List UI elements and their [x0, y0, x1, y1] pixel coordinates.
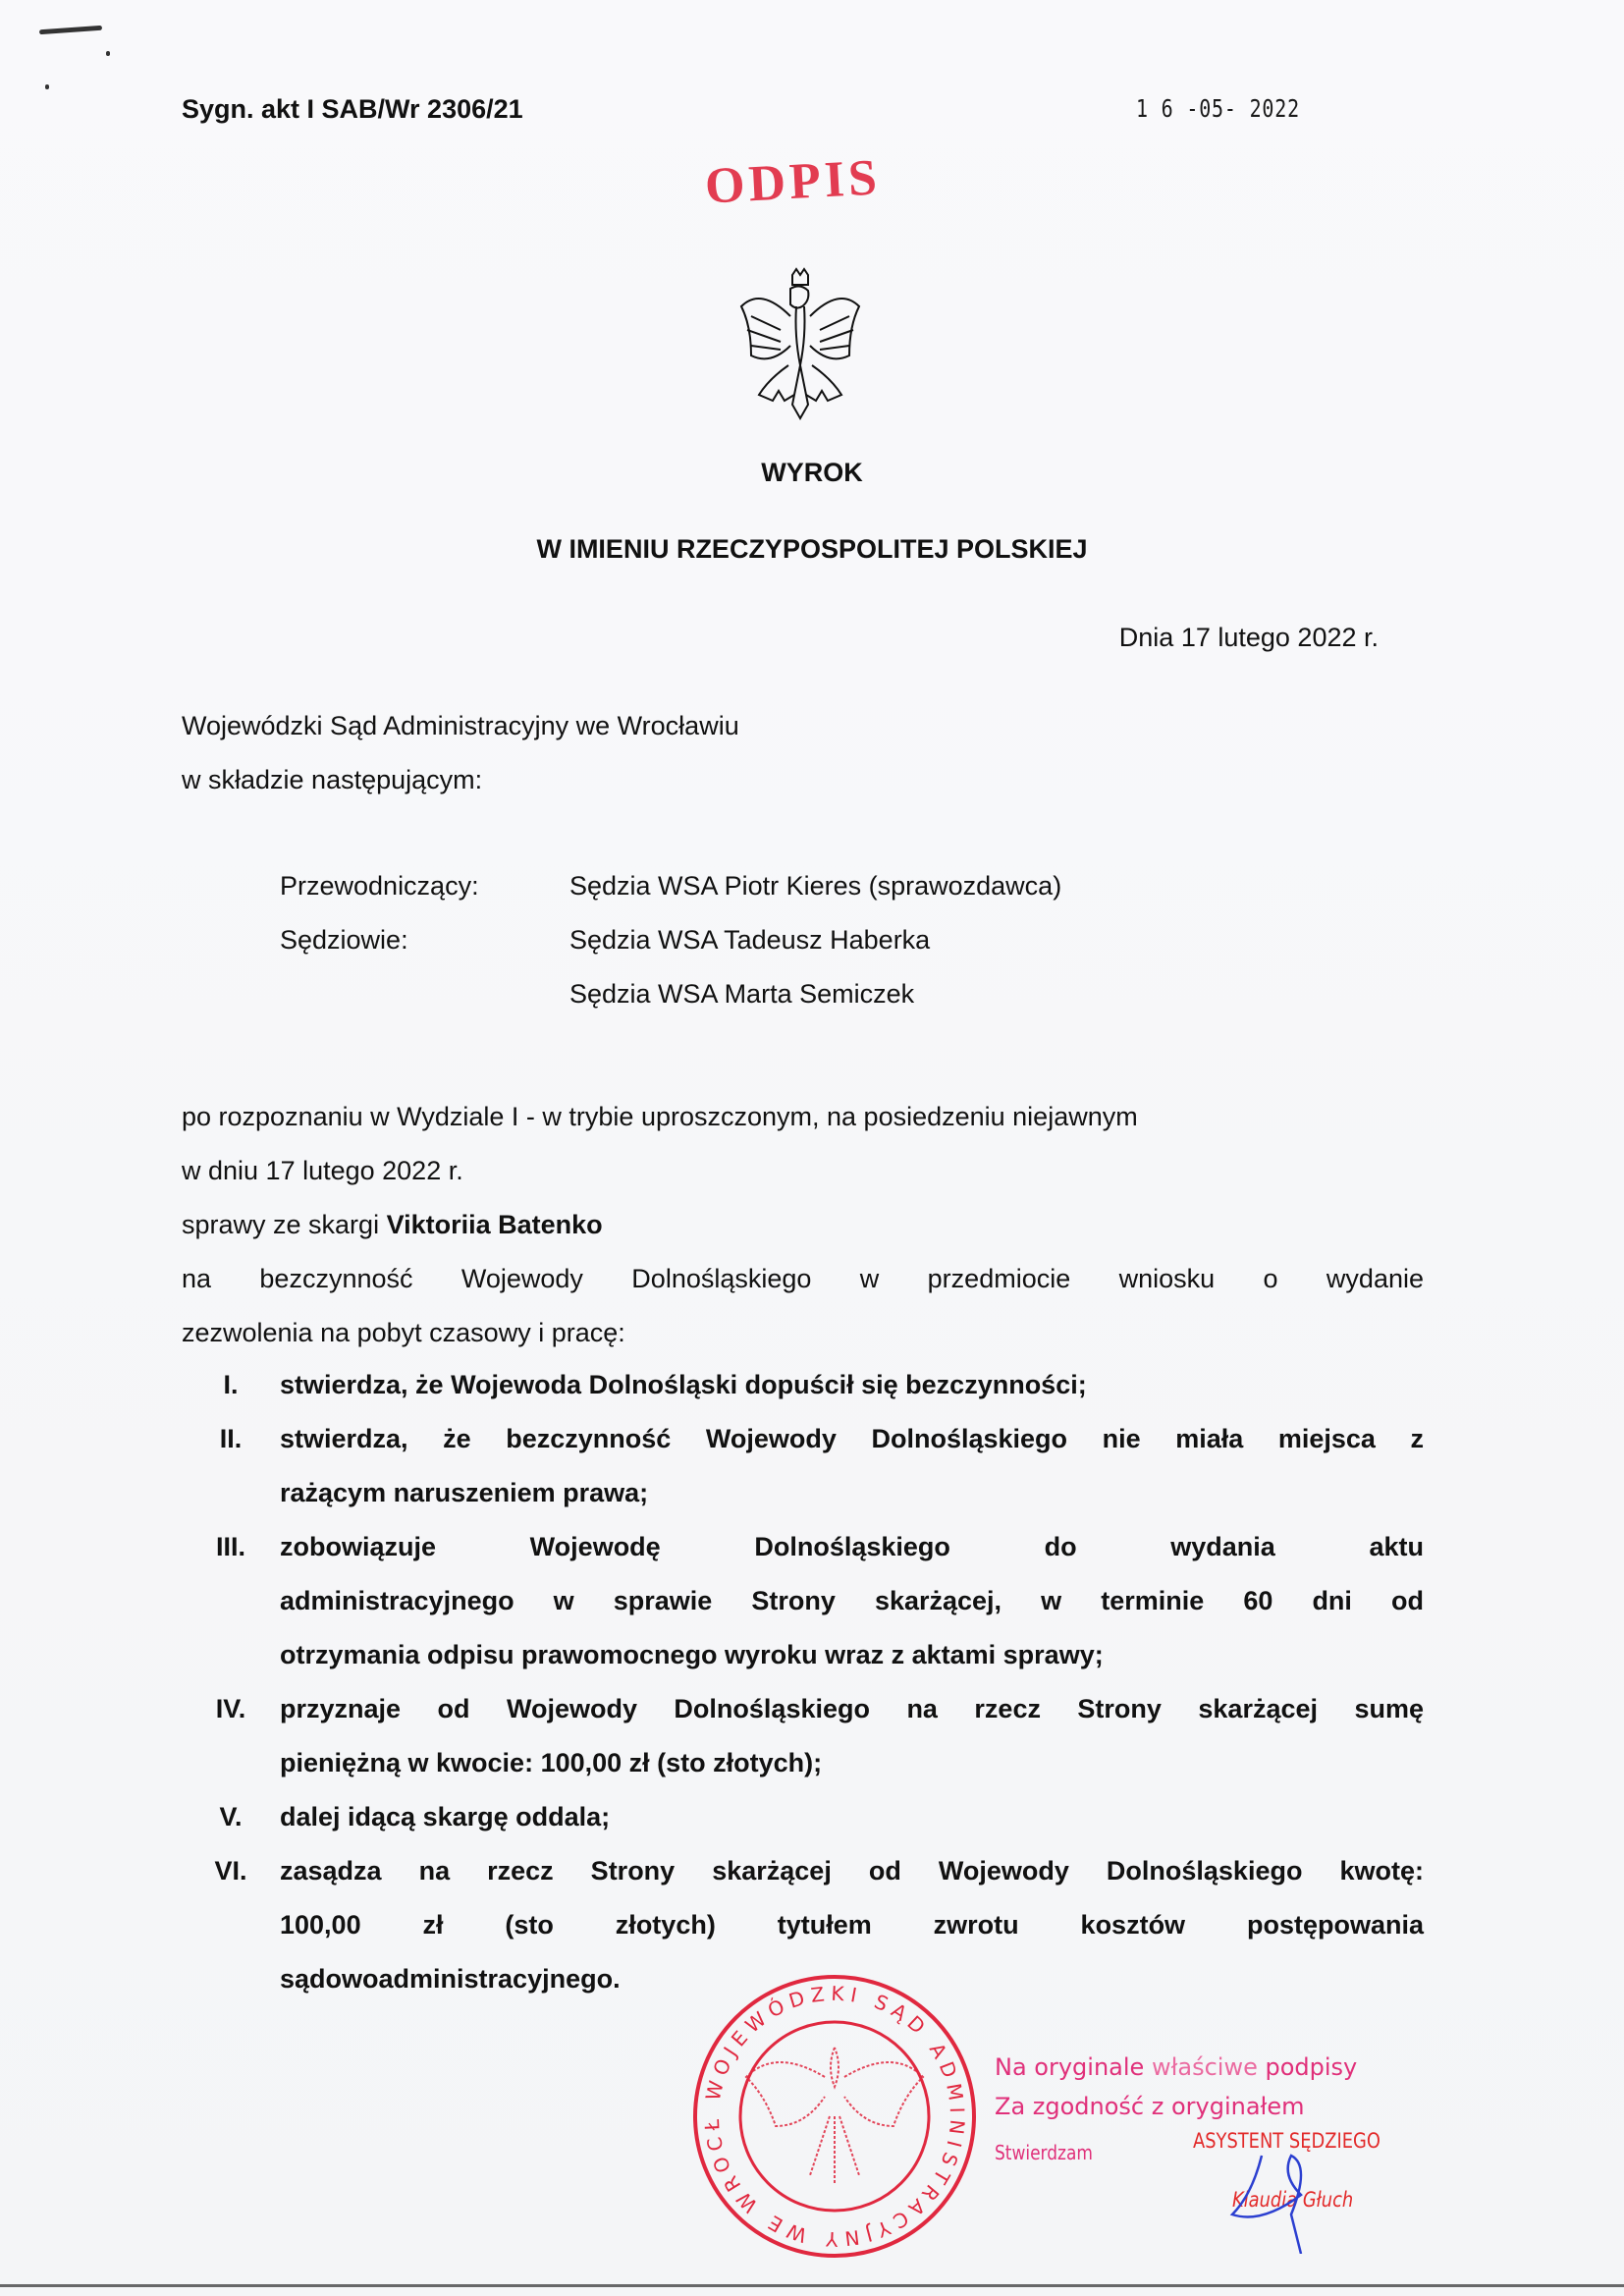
- complaint-prefix: sprawy ze skargi: [182, 1210, 387, 1239]
- ruling-number: II.: [182, 1412, 280, 1520]
- ruling-line: rażącym naruszeniem prawa;: [280, 1466, 1424, 1520]
- scan-speck: [45, 84, 49, 89]
- complaint-line: sprawy ze skargi Viktoriia Batenko: [182, 1198, 1424, 1252]
- cert-text: właściwe: [1152, 2053, 1258, 2081]
- ruling-number: V.: [182, 1790, 280, 1844]
- ruling-line: zobowiązuje Wojewodę Dolnośląskiego do w…: [280, 1520, 1424, 1574]
- proceedings-date: w dniu 17 lutego 2022 r.: [182, 1144, 1424, 1198]
- proceedings-block: po rozpoznaniu w Wydziale I - w trybie u…: [182, 1090, 1424, 1360]
- panel-row: Sędzia WSA Marta Semiczek: [280, 967, 1061, 1021]
- ruling-line: dalej idącą skargę oddala;: [280, 1790, 1424, 1844]
- ruling-number: I.: [182, 1358, 280, 1412]
- ruling-item: I.stwierdza, że Wojewoda Dolnośląski dop…: [182, 1358, 1424, 1412]
- ruling-item: III.zobowiązuje Wojewodę Dolnośląskiego …: [182, 1520, 1424, 1682]
- panel-role: Przewodniczący:: [280, 859, 569, 913]
- rulings-list: I.stwierdza, że Wojewoda Dolnośląski dop…: [182, 1358, 1424, 2006]
- judges-panel: Przewodniczący: Sędzia WSA Piotr Kieres …: [280, 859, 1061, 1021]
- ruling-item: V.dalej idącą skargę oddala;: [182, 1790, 1424, 1844]
- copy-stamp: ODPIS: [704, 148, 883, 215]
- ruling-line: administracyjnego w sprawie Strony skarż…: [280, 1574, 1424, 1628]
- complainant-name: Viktoriia Batenko: [387, 1210, 603, 1239]
- ruling-item: IV.przyznaje od Wojewody Dolnośląskiego …: [182, 1682, 1424, 1790]
- case-number: Sygn. akt I SAB/Wr 2306/21: [182, 94, 523, 125]
- polish-eagle-emblem-icon: [731, 267, 869, 424]
- subject-line: na bezczynność Wojewody Dolnośląskiego w…: [182, 1252, 1424, 1306]
- scan-edge: [0, 2284, 1624, 2287]
- document-page: Sygn. akt I SAB/Wr 2306/21 1 6 -05- 2022…: [0, 0, 1624, 2296]
- confirm-label: Stwierdzam: [995, 2141, 1093, 2164]
- panel-role: [280, 967, 569, 1021]
- judgment-date: Dnia 17 lutego 2022 r.: [1119, 623, 1379, 653]
- ruling-text: dalej idącą skargę oddala;: [280, 1790, 1424, 1844]
- judgment-title: WYROK: [0, 458, 1624, 488]
- scan-speck: [106, 51, 110, 56]
- cert-text: podpisy: [1258, 2053, 1357, 2081]
- ruling-text: stwierdza, że Wojewoda Dolnośląski dopuś…: [280, 1358, 1424, 1412]
- panel-row: Przewodniczący: Sędzia WSA Piotr Kieres …: [280, 859, 1061, 913]
- republic-heading: W IMIENIU RZECZYPOSPOLITEJ POLSKIEJ: [0, 534, 1624, 565]
- ruling-item: II.stwierdza, że bezczynność Wojewody Do…: [182, 1412, 1424, 1520]
- ruling-line: stwierdza, że Wojewoda Dolnośląski dopuś…: [280, 1358, 1424, 1412]
- ruling-line: pieniężną w kwocie: 100,00 zł (sto złoty…: [280, 1736, 1424, 1790]
- ruling-line: przyznaje od Wojewody Dolnośląskiego na …: [280, 1682, 1424, 1736]
- ruling-line: 100,00 zł (sto złotych) tytułem zwrotu k…: [280, 1898, 1424, 1952]
- ruling-text: stwierdza, że bezczynność Wojewody Dolno…: [280, 1412, 1424, 1520]
- certification-stamp: Na oryginale właściwe podpisy Za zgodnoś…: [995, 2048, 1357, 2126]
- received-date-stamp: 1 6 -05- 2022: [1136, 94, 1300, 123]
- ruling-line: otrzymania odpisu prawomocnego wyroku wr…: [280, 1628, 1424, 1682]
- panel-role: Sędziowie:: [280, 913, 569, 967]
- ruling-text: zobowiązuje Wojewodę Dolnośląskiego do w…: [280, 1520, 1424, 1682]
- proceedings-line: po rozpoznaniu w Wydziale I - w trybie u…: [182, 1090, 1424, 1144]
- ruling-number: IV.: [182, 1682, 280, 1790]
- ruling-number: VI.: [182, 1844, 280, 2006]
- ruling-line: stwierdza, że bezczynność Wojewody Dolno…: [280, 1412, 1424, 1466]
- subject-line: zezwolenia na pobyt czasowy i pracę:: [182, 1306, 1424, 1360]
- panel-judge: Sędzia WSA Tadeusz Haberka: [569, 913, 930, 967]
- panel-judge: Sędzia WSA Piotr Kieres (sprawozdawca): [569, 859, 1061, 913]
- cert-text: Na oryginale: [995, 2053, 1152, 2081]
- court-block: Wojewódzki Sąd Administracyjny we Wrocła…: [182, 699, 739, 807]
- panel-row: Sędziowie: Sędzia WSA Tadeusz Haberka: [280, 913, 1061, 967]
- panel-judge: Sędzia WSA Marta Semiczek: [569, 967, 914, 1021]
- signature-icon: [1222, 2136, 1340, 2254]
- court-name: Wojewódzki Sąd Administracyjny we Wrocła…: [182, 699, 739, 753]
- ruling-text: przyznaje od Wojewody Dolnośląskiego na …: [280, 1682, 1424, 1790]
- certification-line1: Na oryginale właściwe podpisy: [995, 2048, 1357, 2087]
- composition-intro: w składzie następującym:: [182, 753, 739, 807]
- ruling-line: zasądza na rzecz Strony skarżącej od Woj…: [280, 1844, 1424, 1898]
- staple-mark: [39, 26, 102, 34]
- ruling-number: III.: [182, 1520, 280, 1682]
- court-seal-icon: WOJEWÓDZKI SĄD ADMINISTRACYJNY WE WROCŁA…: [687, 1969, 982, 2264]
- certification-line2: Za zgodność z oryginałem: [995, 2087, 1357, 2126]
